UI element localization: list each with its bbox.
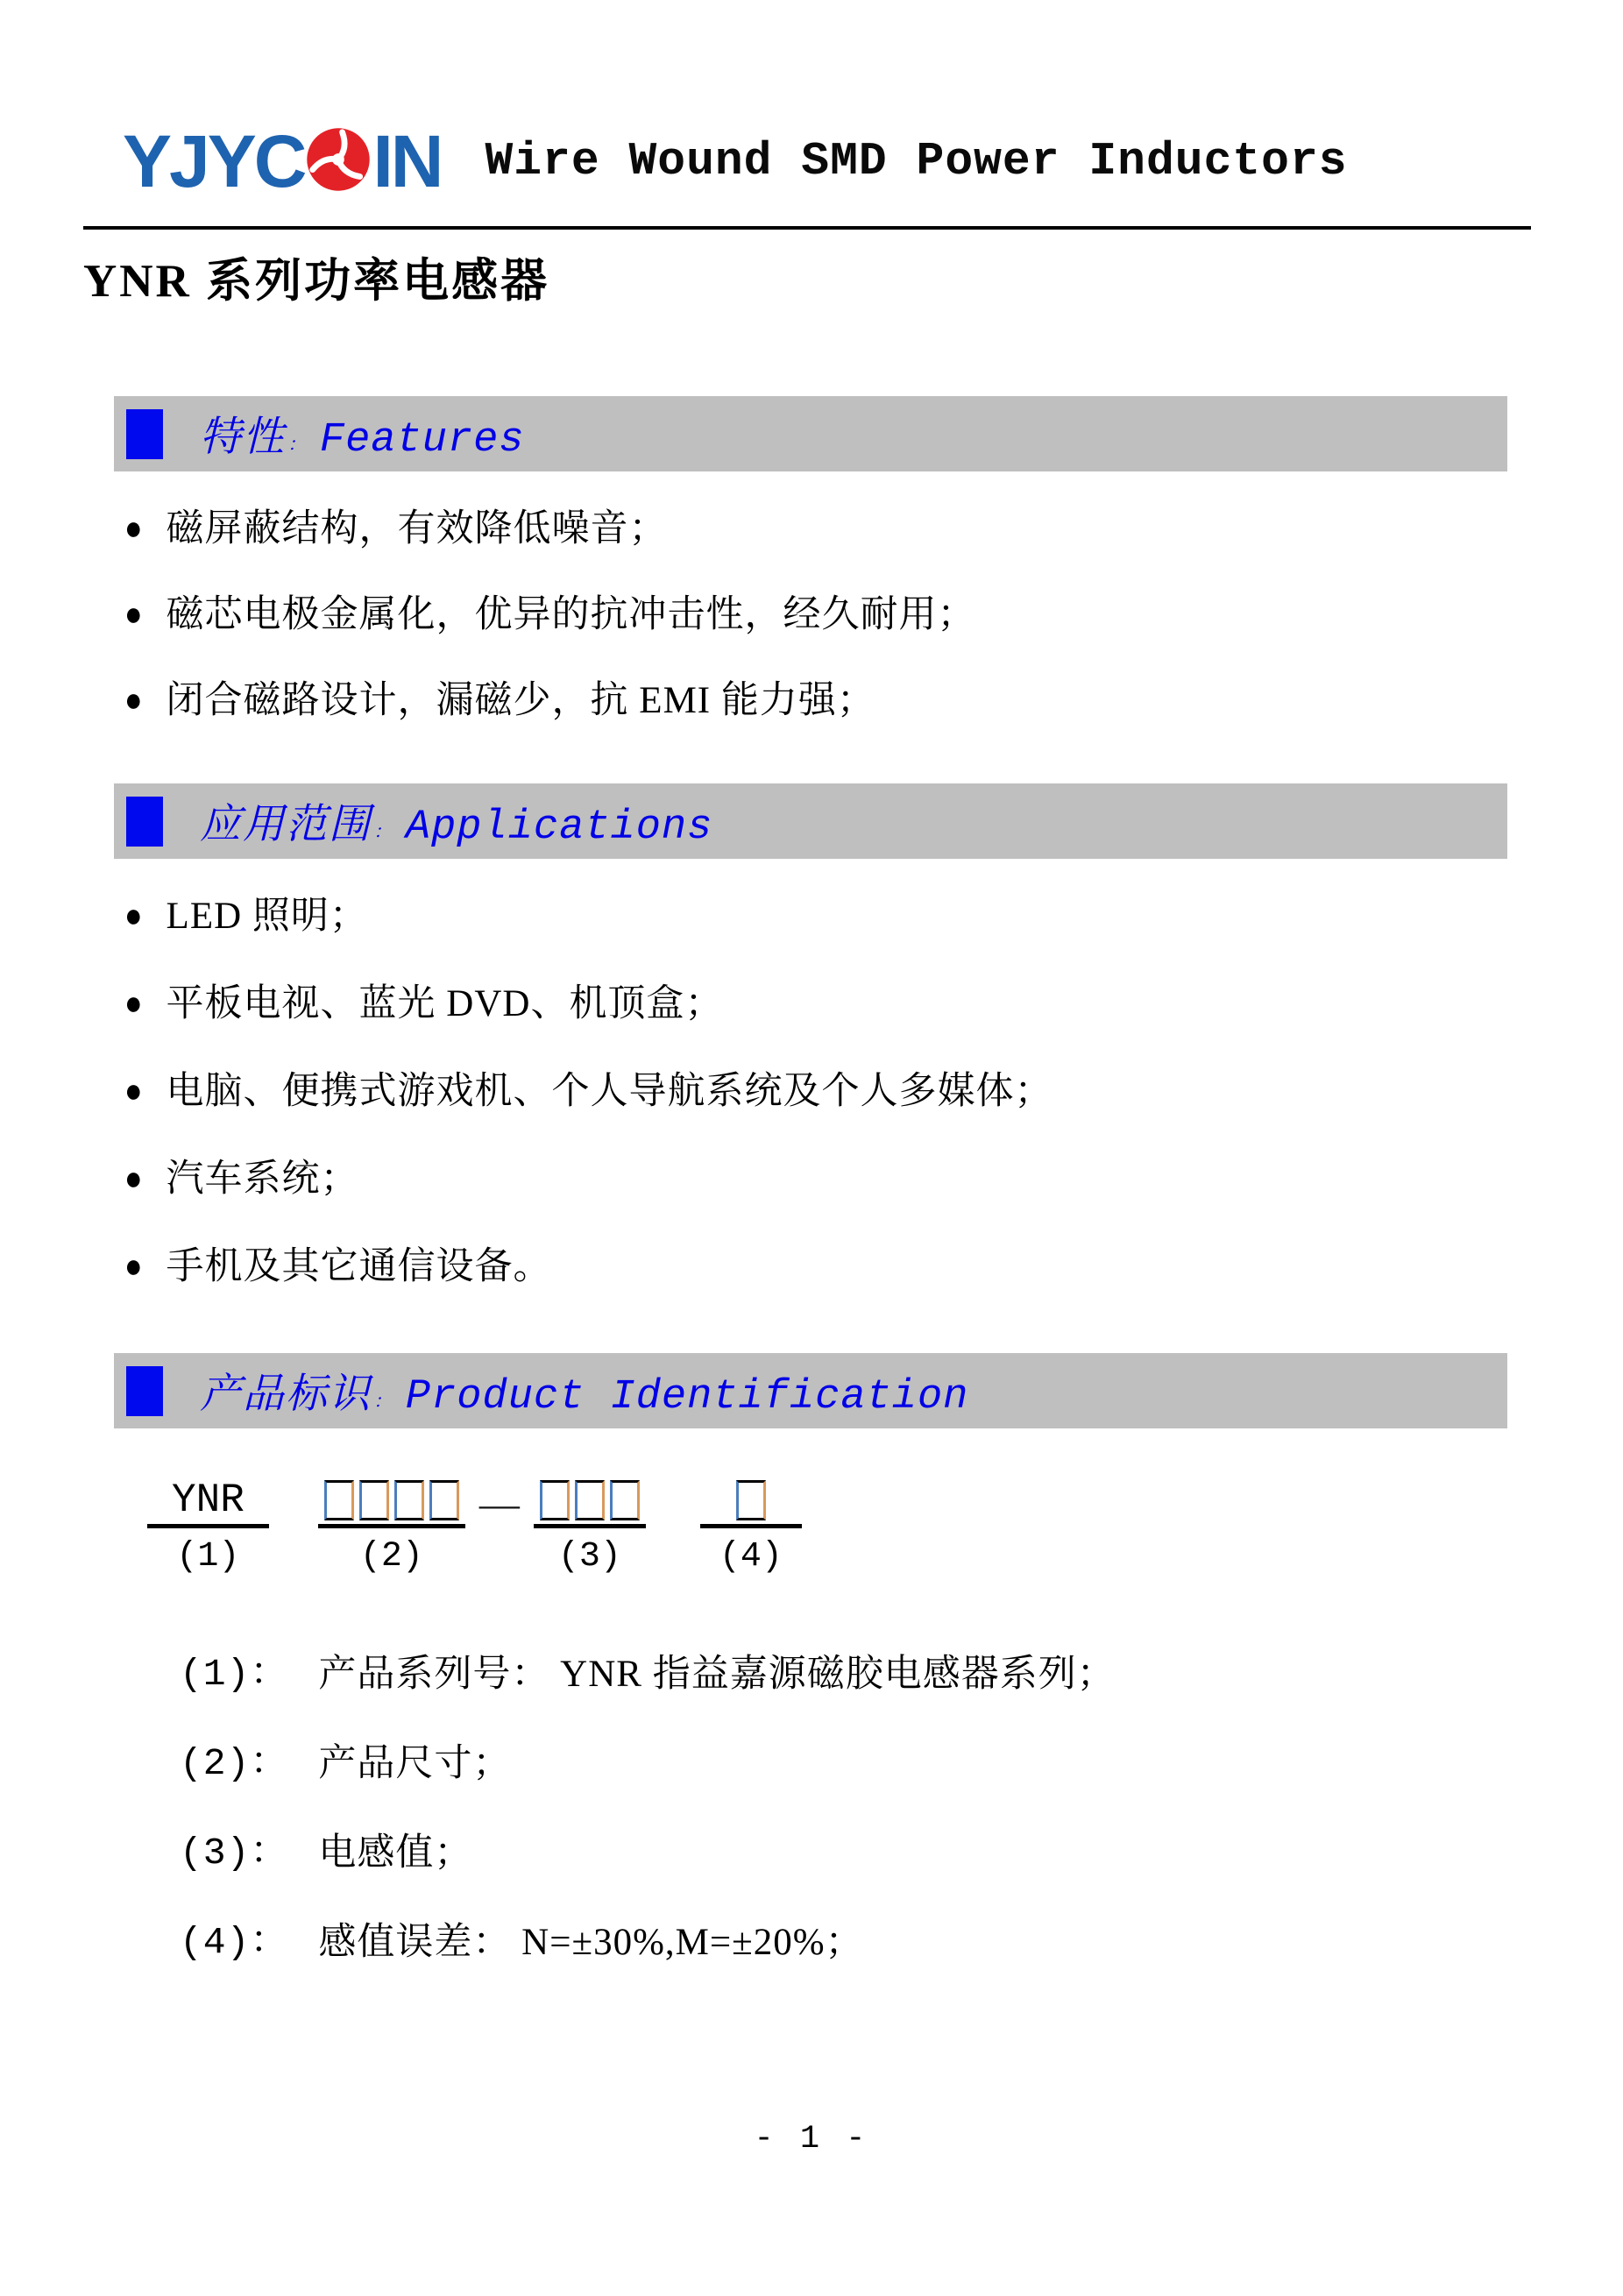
part-number-group-3: (3) — [534, 1479, 646, 1577]
application-text: LED 照明； — [167, 894, 368, 939]
note-item: (1)： 产品系列号： YNR 指益嘉源磁胶电感器系列； — [180, 1652, 1623, 1697]
document-title: Wire Wound SMD Power Inductors — [485, 135, 1347, 188]
section-title-features: 特性： Features — [200, 404, 525, 464]
note-item: (4)： 感值误差： N=±30%,M=±20%； — [180, 1920, 1623, 1966]
bullet-icon: ● — [124, 503, 144, 556]
section-title-zh: 特性 — [200, 415, 286, 460]
digit-box-icon — [394, 1480, 424, 1520]
part-number-diagram: YNR (1) (2) — (3) — [147, 1479, 1623, 1577]
note-item: (3)： 电感值； — [180, 1831, 1623, 1876]
digit-box-icon — [359, 1480, 389, 1520]
group-label: (3) — [534, 1537, 646, 1577]
section-header-features: 特性： Features — [114, 396, 1507, 471]
note-marker: (3)： — [180, 1831, 288, 1876]
digit-box-icon — [736, 1480, 766, 1520]
section-title-applications: 应用范围： Applications — [200, 791, 712, 851]
datasheet-page: YJYC IN Wire Wound SMD Power Inductors Y… — [0, 0, 1623, 2296]
list-item: ● 电脑、便携式游戏机、个人导航系统及个人多媒体； — [124, 1069, 1623, 1115]
note-marker: (4)： — [180, 1920, 288, 1966]
title-separator: ： — [287, 434, 306, 455]
section-title-en: Features — [320, 417, 525, 464]
logo-text-left: YJYC — [123, 124, 304, 198]
section-marker-icon — [126, 409, 163, 459]
section-marker-icon — [126, 797, 163, 847]
header: YJYC IN Wire Wound SMD Power Inductors — [0, 0, 1623, 198]
bullet-icon: ● — [124, 1153, 144, 1206]
list-item: ● 平板电视、蓝光 DVD、机顶盒； — [124, 981, 1623, 1027]
section-marker-icon — [126, 1366, 163, 1416]
section-title-zh: 应用范围 — [200, 802, 372, 847]
header-divider — [83, 226, 1531, 230]
section-header-applications: 应用范围： Applications — [114, 783, 1507, 859]
applications-list: ● LED 照明； ● 平板电视、蓝光 DVD、机顶盒； ● 电脑、便携式游戏机… — [124, 894, 1623, 1290]
note-marker: (1)： — [180, 1652, 288, 1697]
page-number: - 1 - — [0, 2121, 1623, 2158]
digit-box-icon — [540, 1480, 570, 1520]
company-logo: YJYC IN — [123, 124, 441, 198]
logo-text-right: IN — [372, 124, 441, 198]
note-marker: (2)： — [180, 1741, 288, 1787]
title-separator: ： — [373, 821, 392, 842]
features-list: ● 磁屏蔽结构，有效降低噪音； ● 磁芯电极金属化，优异的抗冲击性，经久耐用； … — [124, 507, 1623, 724]
list-item: ● 手机及其它通信设备。 — [124, 1244, 1623, 1290]
section-title-en: Product Identification — [406, 1374, 969, 1421]
section-title-en: Applications — [406, 804, 712, 851]
group-label: (1) — [147, 1537, 269, 1577]
digit-box-icon — [610, 1480, 640, 1520]
logo-swirl-disc-icon — [305, 126, 372, 196]
digit-box-icon — [429, 1480, 459, 1520]
bullet-icon: ● — [124, 1241, 144, 1293]
list-item: ● LED 照明； — [124, 894, 1623, 939]
part-number-group-1: YNR (1) — [147, 1479, 269, 1577]
part-number-notes: (1)： 产品系列号： YNR 指益嘉源磁胶电感器系列； (2)： 产品尺寸； … — [180, 1652, 1623, 1966]
bullet-icon: ● — [124, 589, 144, 641]
section-header-product-identification: 产品标识： Product Identification — [114, 1353, 1507, 1428]
note-item: (2)： 产品尺寸； — [180, 1741, 1623, 1787]
feature-text: 闭合磁路设计，漏磁少，抗 EMI 能力强； — [167, 678, 875, 724]
bullet-icon: ● — [124, 1066, 144, 1118]
list-item: ● 闭合磁路设计，漏磁少，抗 EMI 能力强； — [124, 678, 1623, 724]
feature-text: 磁芯电极金属化，优异的抗冲击性，经久耐用； — [167, 592, 976, 638]
section-title-product-identification: 产品标识： Product Identification — [200, 1361, 968, 1421]
bullet-icon: ● — [124, 675, 144, 727]
application-text: 电脑、便携式游戏机、个人导航系统及个人多媒体； — [167, 1069, 1053, 1115]
application-text: 手机及其它通信设备。 — [167, 1244, 552, 1290]
note-text: 产品系列号： YNR 指益嘉源磁胶电感器系列； — [318, 1652, 1115, 1697]
note-text: 电感值； — [318, 1831, 472, 1876]
feature-text: 磁屏蔽结构，有效降低噪音； — [167, 507, 668, 552]
bullet-icon: ● — [124, 890, 144, 943]
list-item: ● 汽车系统； — [124, 1157, 1623, 1202]
note-text: 感值误差： N=±30%,M=±20%； — [318, 1920, 863, 1966]
note-text: 产品尺寸； — [318, 1741, 511, 1787]
part-number-group-4: (4) — [700, 1479, 802, 1577]
digit-box-icon — [575, 1480, 605, 1520]
part-number-group-2: (2) — [318, 1479, 465, 1577]
application-text: 平板电视、蓝光 DVD、机顶盒； — [167, 981, 724, 1027]
list-item: ● 磁屏蔽结构，有效降低噪音； — [124, 507, 1623, 552]
digit-box-icon — [324, 1480, 354, 1520]
section-title-zh: 产品标识 — [200, 1371, 372, 1417]
group-label: (2) — [318, 1537, 465, 1577]
application-text: 汽车系统； — [167, 1157, 359, 1202]
title-separator: ： — [373, 1391, 392, 1412]
page-title: YNR 系列功率电感器 — [83, 244, 1623, 310]
dash-separator: — — [479, 1479, 520, 1528]
bullet-icon: ● — [124, 978, 144, 1031]
series-prefix: YNR — [147, 1480, 269, 1520]
list-item: ● 磁芯电极金属化，优异的抗冲击性，经久耐用； — [124, 592, 1623, 638]
group-label: (4) — [700, 1537, 802, 1577]
